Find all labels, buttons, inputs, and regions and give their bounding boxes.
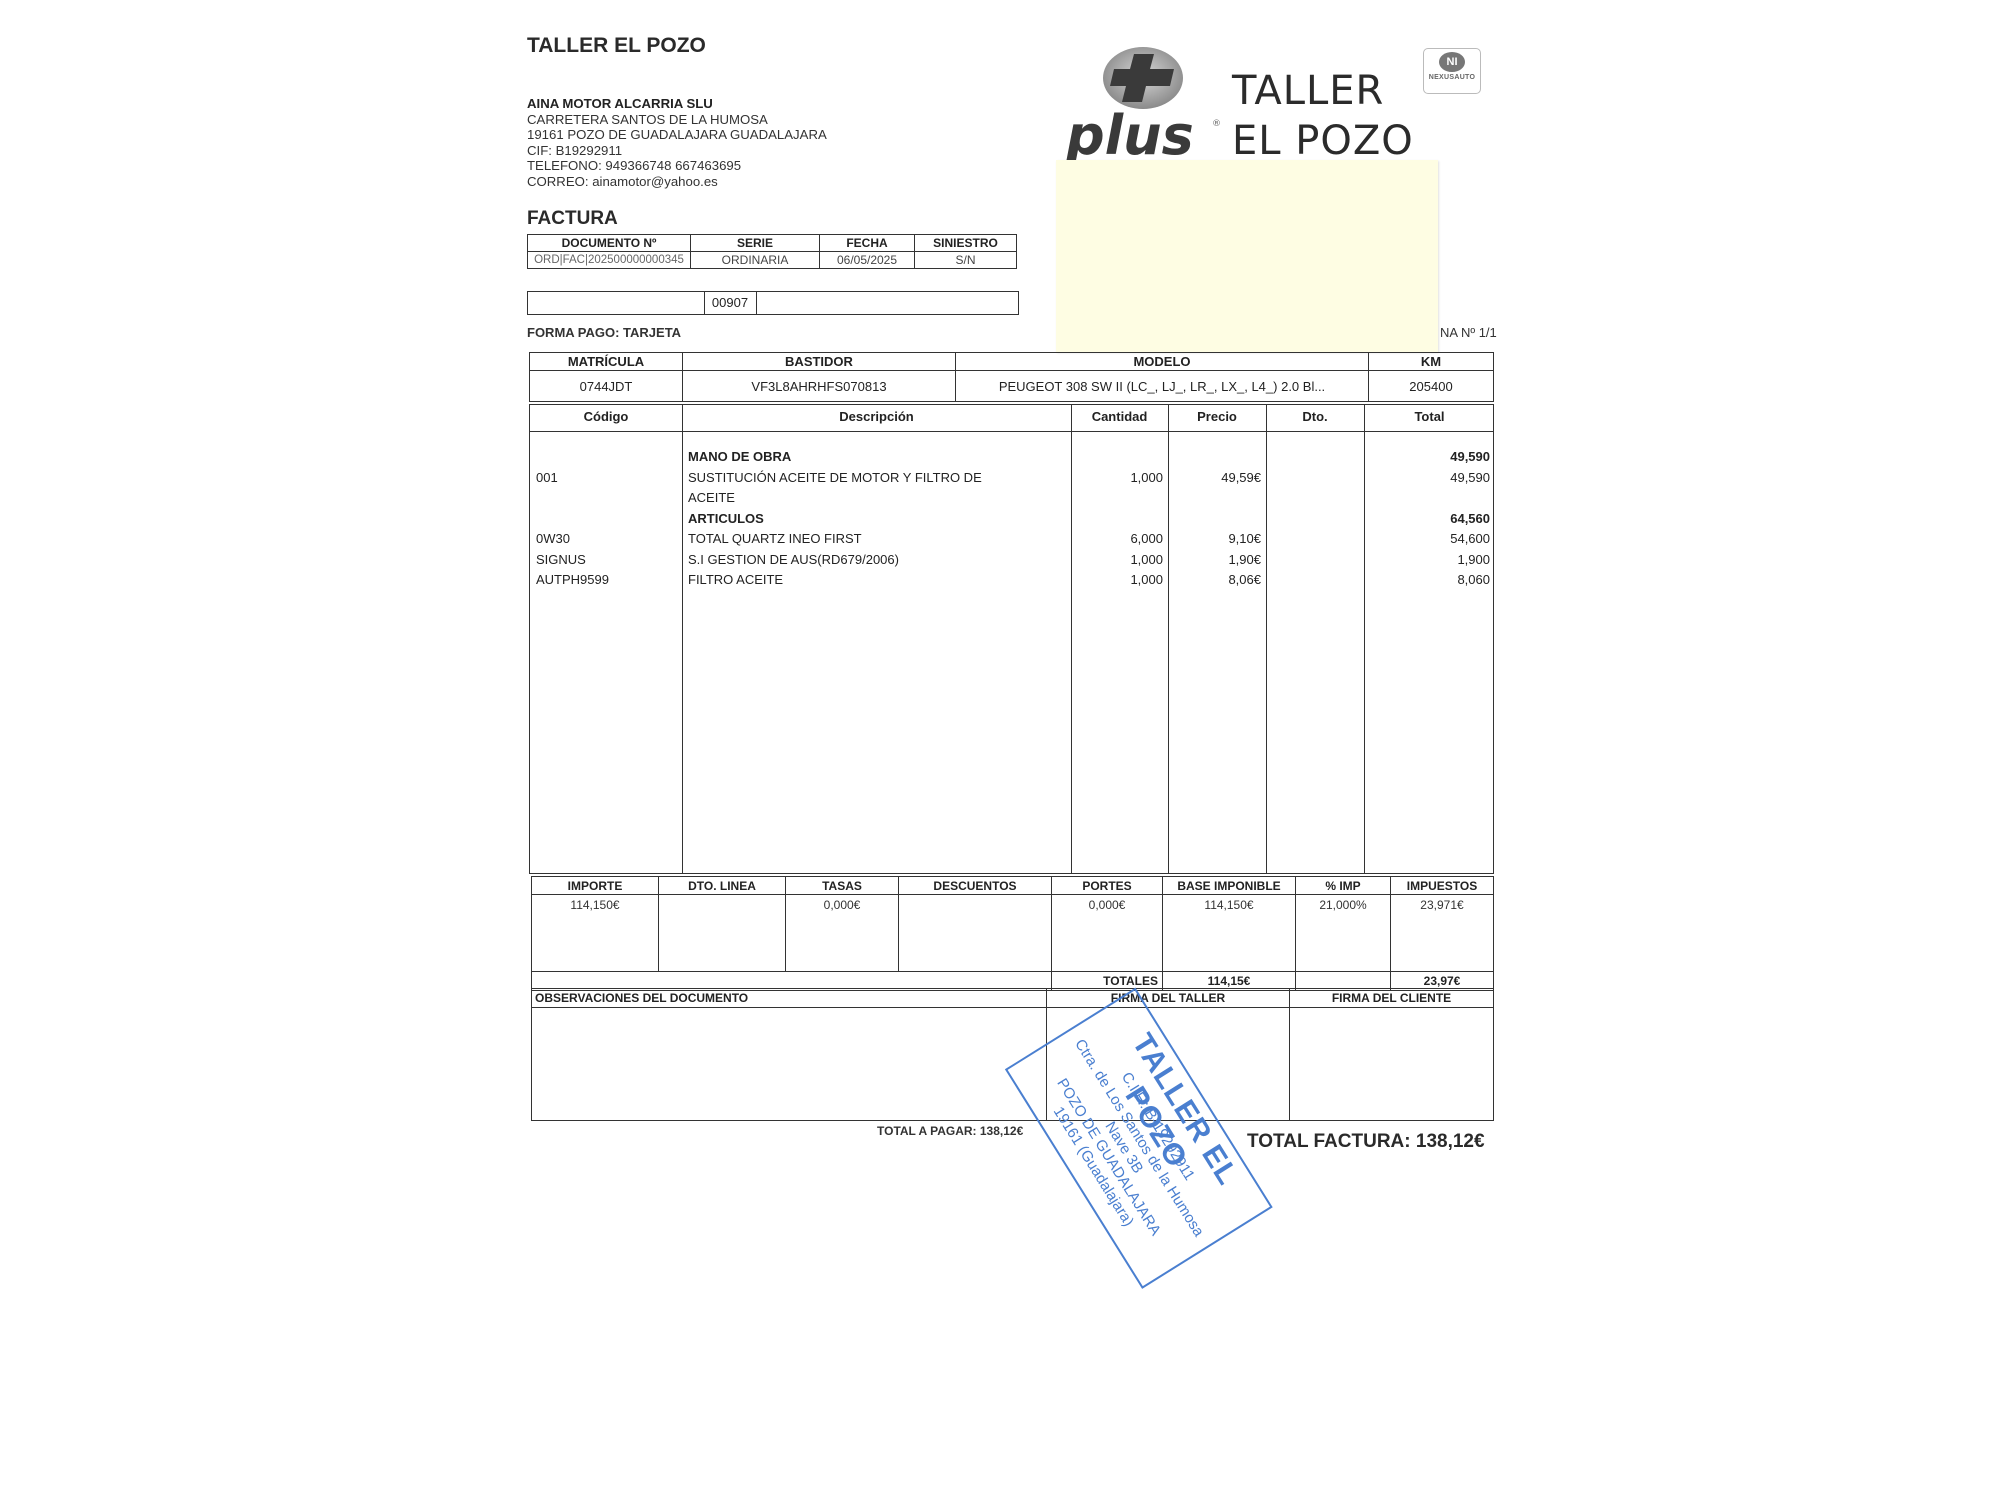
fees-header: TASAS — [786, 877, 899, 895]
line-discount-header: DTO. LINEA — [659, 877, 786, 895]
plus-logo: plus ® — [1064, 44, 1224, 164]
description-header: Descripción — [682, 409, 1071, 424]
item-price: 8,06€ — [1172, 572, 1261, 587]
reference-number: 00907 — [704, 292, 757, 314]
item-quantity: 1,000 — [1075, 572, 1163, 587]
observations-field — [532, 1008, 1047, 1121]
item-price: 49,59€ — [1172, 470, 1261, 485]
company-email: CORREO: ainamotor@yahoo.es — [527, 174, 827, 190]
item-description: S.I GESTION DE AUS(RD679/2006) — [688, 552, 1068, 567]
fees-value: 0,000€ — [786, 895, 899, 972]
item-description: MANO DE OBRA — [688, 449, 1068, 464]
client-signature-field — [1290, 1008, 1494, 1121]
vehicle-table: MATRÍCULA BASTIDOR MODELO KM 0744JDT VF3… — [529, 352, 1494, 402]
vin-value: VF3L8AHRHFS070813 — [683, 371, 956, 402]
payment-method: FORMA PAGO: TARJETA — [527, 325, 681, 340]
sticky-note — [1056, 160, 1438, 352]
item-quantity: 6,000 — [1075, 531, 1163, 546]
company-info: AINA MOTOR ALCARRIA SLU CARRETERA SANTOS… — [527, 96, 827, 190]
model-header: MODELO — [956, 353, 1369, 371]
logo-line-1: TALLER — [1232, 66, 1414, 116]
item-description: SUSTITUCIÓN ACEITE DE MOTOR Y FILTRO DE — [688, 470, 1068, 485]
date-header: FECHA — [820, 235, 915, 252]
item-description: FILTRO ACEITE — [688, 572, 1068, 587]
taxes-header: IMPUESTOS — [1391, 877, 1494, 895]
svg-text:®: ® — [1212, 119, 1221, 129]
quantity-header: Cantidad — [1071, 409, 1168, 424]
item-description: TOTAL QUARTZ INEO FIRST — [688, 531, 1068, 546]
item-code: SIGNUS — [536, 552, 676, 567]
item-quantity: 1,000 — [1075, 470, 1163, 485]
item-code: 001 — [536, 470, 676, 485]
item-description: ACEITE — [688, 490, 1068, 505]
discount-header: Dto. — [1266, 409, 1364, 424]
workshop-logo-text: TALLER EL POZO — [1232, 66, 1414, 166]
discounts-value — [899, 895, 1052, 972]
shipping-value: 0,000€ — [1052, 895, 1163, 972]
total-to-pay: TOTAL A PAGAR: 138,12€ — [877, 1124, 1023, 1138]
shipping-header: PORTES — [1052, 877, 1163, 895]
company-name: AINA MOTOR ALCARRIA SLU — [527, 96, 827, 112]
company-cif: CIF: B19292911 — [527, 143, 827, 159]
series-value: ORDINARIA — [691, 252, 820, 269]
taxable-base-header: BASE IMPONIBLE — [1163, 877, 1296, 895]
plate-value: 0744JDT — [530, 371, 683, 402]
item-code: AUTPH9599 — [536, 572, 676, 587]
item-total: 49,590 — [1368, 470, 1490, 485]
amount-value: 114,150€ — [532, 895, 659, 972]
client-signature-label: FIRMA DEL CLIENTE — [1290, 989, 1494, 1008]
discounts-header: DESCUENTOS — [899, 877, 1052, 895]
item-total: 54,600 — [1368, 531, 1490, 546]
date-value: 06/05/2025 — [820, 252, 915, 269]
vin-header: BASTIDOR — [683, 353, 956, 371]
line-discount-value — [659, 895, 786, 972]
invoice-title: FACTURA — [527, 208, 618, 230]
tax-rate-value: 21,000% — [1296, 895, 1391, 972]
item-total: 8,060 — [1368, 572, 1490, 587]
logo-line-2: EL POZO — [1232, 116, 1414, 166]
claim-value: S/N — [915, 252, 1017, 269]
svg-text:plus: plus — [1065, 104, 1194, 164]
item-price: 9,10€ — [1172, 531, 1261, 546]
plus-cross-icon: plus ® — [1064, 44, 1224, 164]
totals-table: IMPORTE DTO. LINEA TASAS DESCUENTOS PORT… — [531, 876, 1494, 991]
tax-rate-header: % IMP — [1296, 877, 1391, 895]
workshop-title: TALLER EL POZO — [527, 34, 706, 58]
series-header: SERIE — [691, 235, 820, 252]
item-quantity: 1,000 — [1075, 552, 1163, 567]
item-price: 1,90€ — [1172, 552, 1261, 567]
item-total: 64,560 — [1368, 511, 1490, 526]
claim-header: SINIESTRO — [915, 235, 1017, 252]
company-address-2: 19161 POZO DE GUADALAJARA GUADALAJARA — [527, 127, 827, 143]
invoice-total: TOTAL FACTURA: 138,12€ — [1247, 1131, 1485, 1153]
observations-label: OBSERVACIONES DEL DOCUMENTO — [532, 989, 1047, 1008]
nexus-badge-text: NEXUSAUTO — [1424, 74, 1480, 81]
code-header: Código — [530, 409, 682, 424]
item-total: 49,590 — [1368, 449, 1490, 464]
nexusauto-badge: NI NEXUSAUTO — [1423, 48, 1481, 94]
doc-number-value: ORD|FAC|202500000000345 — [528, 252, 691, 269]
total-header: Total — [1364, 409, 1495, 424]
company-address-1: CARRETERA SANTOS DE LA HUMOSA — [527, 112, 827, 128]
reference-empty-cell — [528, 292, 705, 314]
line-items-table: Código Descripción Cantidad Precio Dto. … — [529, 404, 1494, 874]
item-code: 0W30 — [536, 531, 676, 546]
taxes-value: 23,971€ — [1391, 895, 1494, 972]
item-description: ARTICULOS — [688, 511, 1068, 526]
doc-number-header: DOCUMENTO Nº — [528, 235, 691, 252]
reference-box: 00907 — [527, 291, 1019, 315]
company-phone: TELEFONO: 949366748 667463695 — [527, 158, 827, 174]
page-number: NA Nº 1/1 — [1440, 325, 1497, 340]
item-total: 1,900 — [1368, 552, 1490, 567]
document-info-table: DOCUMENTO Nº SERIE FECHA SINIESTRO ORD|F… — [527, 234, 1017, 269]
km-value: 205400 — [1369, 371, 1494, 402]
model-value: PEUGEOT 308 SW II (LC_, LJ_, LR_, LX_, L… — [956, 371, 1369, 402]
nexus-ni-icon: NI — [1439, 52, 1465, 72]
amount-header: IMPORTE — [532, 877, 659, 895]
km-header: KM — [1369, 353, 1494, 371]
price-header: Precio — [1168, 409, 1266, 424]
taxable-base-value: 114,150€ — [1163, 895, 1296, 972]
plate-header: MATRÍCULA — [530, 353, 683, 371]
